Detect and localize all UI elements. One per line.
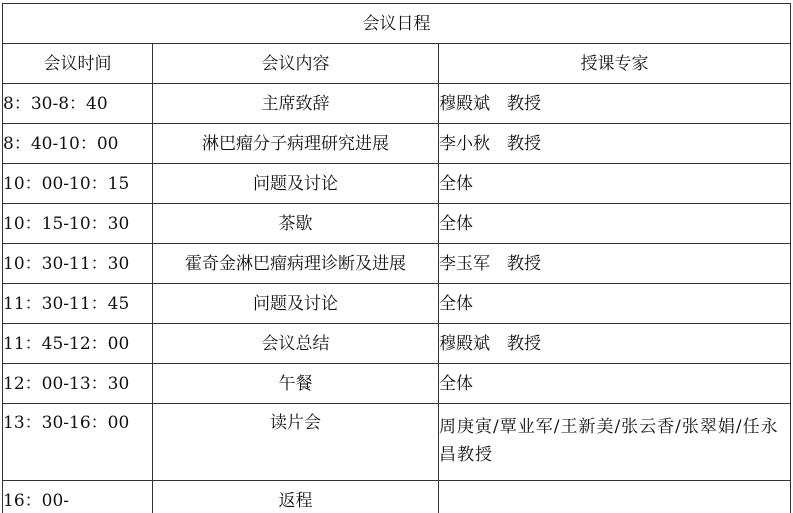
cell-time: 12：00-13：30 — [3, 364, 153, 404]
cell-time: 16：00- — [3, 481, 153, 513]
cell-content: 主席致辞 — [153, 84, 439, 124]
schedule-table: 会议日程 会议时间 会议内容 授课专家 8：30-8：40 主席致辞 穆殿斌 教… — [2, 3, 791, 513]
cell-speaker: 穆殿斌 教授 — [439, 324, 791, 364]
cell-speaker: 穆殿斌 教授 — [439, 84, 791, 124]
cell-speaker: 李小秋 教授 — [439, 124, 791, 164]
header-time: 会议时间 — [3, 44, 153, 84]
table-header-row: 会议时间 会议内容 授课专家 — [3, 44, 791, 84]
cell-content: 午餐 — [153, 364, 439, 404]
cell-content: 问题及讨论 — [153, 164, 439, 204]
cell-speaker — [439, 481, 791, 513]
cell-content: 茶歇 — [153, 204, 439, 244]
table-row: 12：00-13：30 午餐 全体 — [3, 364, 791, 404]
cell-time: 8：40-10：00 — [3, 124, 153, 164]
cell-time: 8：30-8：40 — [3, 84, 153, 124]
table-row: 10：15-10：30 茶歇 全体 — [3, 204, 791, 244]
table-row: 8：40-10：00 淋巴瘤分子病理研究进展 李小秋 教授 — [3, 124, 791, 164]
cell-time: 13：30-16：00 — [3, 404, 153, 481]
cell-time: 11：30-11：45 — [3, 284, 153, 324]
cell-content: 淋巴瘤分子病理研究进展 — [153, 124, 439, 164]
cell-speaker: 周庚寅/覃业军/王新美/张云香/张翠娟/任永昌教授 — [439, 404, 791, 481]
cell-speaker: 全体 — [439, 164, 791, 204]
table-row: 11：45-12：00 会议总结 穆殿斌 教授 — [3, 324, 791, 364]
cell-content: 问题及讨论 — [153, 284, 439, 324]
table-title: 会议日程 — [3, 4, 791, 44]
table-title-row: 会议日程 — [3, 4, 791, 44]
header-content: 会议内容 — [153, 44, 439, 84]
table-row: 13：30-16：00 读片会 周庚寅/覃业军/王新美/张云香/张翠娟/任永昌教… — [3, 404, 791, 481]
cell-content: 返程 — [153, 481, 439, 513]
table-row: 10：30-11：30 霍奇金淋巴瘤病理诊断及进展 李玉军 教授 — [3, 244, 791, 284]
cell-content: 会议总结 — [153, 324, 439, 364]
cell-content: 读片会 — [153, 404, 439, 481]
cell-time: 11：45-12：00 — [3, 324, 153, 364]
cell-speaker: 全体 — [439, 284, 791, 324]
cell-speaker: 全体 — [439, 204, 791, 244]
cell-time: 10：30-11：30 — [3, 244, 153, 284]
cell-content: 霍奇金淋巴瘤病理诊断及进展 — [153, 244, 439, 284]
header-speaker: 授课专家 — [439, 44, 791, 84]
table-row: 11：30-11：45 问题及讨论 全体 — [3, 284, 791, 324]
cell-time: 10：15-10：30 — [3, 204, 153, 244]
table-row: 8：30-8：40 主席致辞 穆殿斌 教授 — [3, 84, 791, 124]
cell-time: 10：00-10：15 — [3, 164, 153, 204]
table-row: 16：00- 返程 — [3, 481, 791, 513]
table-row: 10：00-10：15 问题及讨论 全体 — [3, 164, 791, 204]
cell-speaker: 全体 — [439, 364, 791, 404]
cell-speaker: 李玉军 教授 — [439, 244, 791, 284]
